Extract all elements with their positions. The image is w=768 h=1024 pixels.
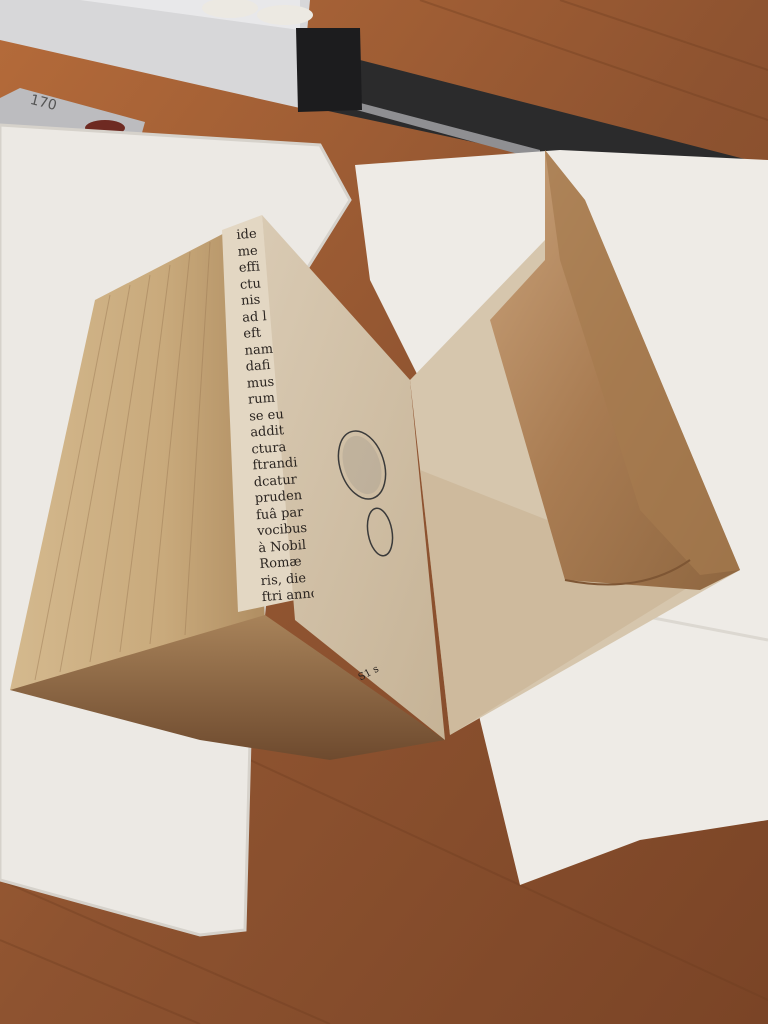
photo-scene: [0, 0, 768, 1024]
